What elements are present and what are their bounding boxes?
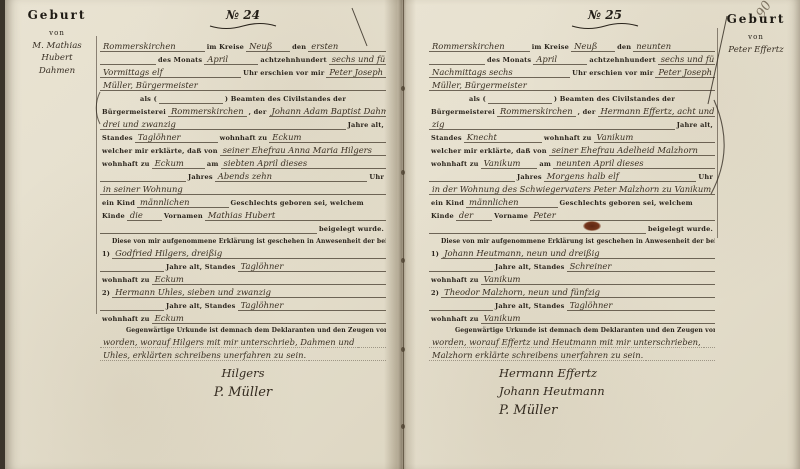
binding-stitch bbox=[401, 258, 405, 263]
register-book-spread: Geburt von M. Mathias HubertDahmen Gebur… bbox=[0, 0, 800, 469]
printed-form-text: Uhr bbox=[367, 173, 386, 182]
form-line: in der Wohnung des Schwiegervaters Peter… bbox=[429, 183, 715, 195]
handwritten-entry: Taglöhner bbox=[567, 300, 616, 311]
blank-rule bbox=[100, 223, 317, 234]
record-number-left-text: № 24 bbox=[226, 8, 260, 22]
handwritten-entry: Knecht bbox=[464, 132, 500, 143]
handwritten-entry: sechs und fünfzig bbox=[329, 54, 386, 65]
handwritten-entry: Taglöhner bbox=[238, 300, 287, 311]
blank-rule bbox=[523, 313, 715, 324]
printed-form-text: des Monats bbox=[156, 56, 204, 65]
printed-form-text: wohnhaft zu bbox=[429, 315, 481, 324]
form-line: BürgermeistereiRommerskirchen, derHerman… bbox=[429, 105, 715, 117]
handwritten-entry: neunten bbox=[633, 41, 674, 52]
printed-form-text: den bbox=[290, 43, 308, 52]
binding-stitch bbox=[401, 347, 405, 352]
signature-block: Hermann EffertzJohann HeutmannP. Müller bbox=[429, 365, 715, 421]
von-label-right: von bbox=[718, 33, 794, 41]
handwritten-entry: Vanikum bbox=[481, 274, 524, 285]
blank-rule bbox=[476, 210, 492, 221]
blank-rule bbox=[179, 41, 205, 52]
handwritten-entry: der bbox=[456, 210, 476, 221]
printed-form-text: 1) bbox=[100, 250, 112, 259]
printed-form-text: achtzehnhundert bbox=[258, 56, 328, 65]
handwritten-entry: seiner Ehefrau Adelheid Malzhorn bbox=[549, 145, 701, 156]
printed-form-text: ) Beamten des Civilstandes der bbox=[223, 95, 348, 104]
blank-rule bbox=[522, 197, 558, 208]
binding-stitch bbox=[401, 424, 405, 429]
handwritten-entry: seiner Ehefrau Anna Maria Hilgers bbox=[220, 145, 375, 156]
printed-form-text: Uhr erschien vor mir bbox=[241, 69, 326, 78]
form-line: KindedieVornamenMathias Hubert bbox=[100, 209, 386, 221]
blank-rule bbox=[704, 337, 715, 348]
handwritten-entry: Schreiner bbox=[567, 261, 615, 272]
form-line: StandesTaglöhnerwohnhaft zuEckum bbox=[100, 131, 386, 143]
blank-rule bbox=[166, 67, 241, 78]
handwritten-entry: Rommerskirchen bbox=[168, 106, 247, 117]
blank-rule bbox=[500, 132, 542, 143]
handwritten-entry: Vanikum bbox=[594, 132, 637, 143]
printed-form-text: Vorname bbox=[492, 212, 530, 221]
handwritten-entry: die bbox=[127, 210, 146, 221]
form-line: Diese von mir aufgenommene Erklärung ist… bbox=[100, 235, 386, 246]
printed-form-text: beigelegt wurde. bbox=[646, 225, 715, 234]
printed-form-text: Jahre alt, Standes bbox=[164, 263, 238, 272]
handwritten-entry: in der Wohnung des Schwiegervaters Peter… bbox=[429, 184, 714, 195]
form-line: 1)Godfried Hilgers, dreißig bbox=[100, 246, 386, 258]
form-line: 2)Theodor Malzhorn, neun und fünfzig bbox=[429, 285, 715, 297]
binding-stitch bbox=[401, 170, 405, 175]
form-line: 1)Johann Heutmann, neun und dreißig bbox=[429, 246, 715, 258]
blank-rule bbox=[358, 337, 386, 348]
blank-rule bbox=[100, 171, 186, 182]
blank-rule bbox=[309, 350, 386, 361]
signature-block: HilgersP. Müller bbox=[100, 365, 386, 403]
printed-form-text: Jahre alt, bbox=[346, 121, 386, 130]
blank-rule bbox=[244, 54, 258, 65]
handwritten-entry: Eckum bbox=[152, 274, 187, 285]
margin-name-line: Dahmen bbox=[18, 65, 96, 77]
form-line: des MonatsAprilachtzehnhundertsechs und … bbox=[429, 53, 715, 65]
handwritten-entry: Eckum bbox=[269, 132, 304, 143]
form-line: wohnhaft zuVanikum bbox=[429, 272, 715, 284]
printed-form-text: , der bbox=[247, 108, 269, 117]
printed-form-text: Geschlechts geboren sei, welchem bbox=[558, 199, 695, 208]
printed-form-text: im Kreise bbox=[530, 43, 571, 52]
margin-name-line: M. Mathias Hubert bbox=[18, 40, 96, 65]
handwritten-entry: zig bbox=[429, 119, 447, 130]
handwritten-entry: Uhles, erklärten schreibens unerfahren z… bbox=[100, 350, 309, 361]
form-line: beigelegt wurde. bbox=[100, 222, 386, 234]
handwritten-entry: Johann Heutmann, neun und dreißig bbox=[441, 248, 603, 259]
form-left: Rommerskirchenim KreiseNeußdenerstendes … bbox=[100, 40, 386, 403]
form-line: Nachmittags sechsUhr erschien vor mirPet… bbox=[429, 66, 715, 78]
blank-rule bbox=[310, 158, 386, 169]
handwritten-entry: sechs und fünfzig bbox=[658, 54, 715, 65]
handwritten-entry: Theodor Malzhorn, neun und fünfzig bbox=[441, 287, 603, 298]
blank-rule bbox=[636, 132, 715, 143]
margin-left: Geburt von M. Mathias HubertDahmen bbox=[18, 8, 96, 77]
blank-rule bbox=[286, 261, 386, 272]
blank-rule bbox=[429, 300, 493, 311]
blank-rule bbox=[286, 300, 386, 311]
blank-rule bbox=[429, 261, 493, 272]
printed-form-text: Kinde bbox=[100, 212, 127, 221]
printed-form-text: wohnhaft zu bbox=[429, 160, 481, 169]
blank-rule bbox=[488, 93, 552, 104]
printed-form-text: als ( bbox=[467, 95, 488, 104]
form-line: welcher mir erklärte, daß vonseiner Ehef… bbox=[100, 144, 386, 156]
blank-rule bbox=[193, 197, 229, 208]
printed-form-text: wohnhaft zu bbox=[100, 160, 152, 169]
blank-rule bbox=[100, 54, 156, 65]
flourish-underline bbox=[570, 22, 640, 30]
printed-form-text: Gegenwärtige Urkunde ist demnach dem Dek… bbox=[453, 327, 715, 335]
handwritten-entry: Mathias Hubert bbox=[205, 210, 278, 221]
handwritten-entry: Vanikum bbox=[481, 313, 524, 324]
binding-stitch bbox=[401, 86, 405, 91]
handwritten-entry: Müller, Bürgermeister bbox=[429, 80, 530, 91]
blank-rule bbox=[184, 132, 218, 143]
printed-form-text: Jahres bbox=[515, 173, 544, 182]
handwritten-entry: männlichen bbox=[137, 197, 193, 208]
handwritten-entry: Abends zehn bbox=[215, 171, 275, 182]
margin-rule-left bbox=[96, 36, 97, 314]
printed-form-text: wohnhaft zu bbox=[542, 134, 594, 143]
handwritten-entry: Neuß bbox=[246, 41, 290, 52]
margin-name-right: Peter Effertz bbox=[718, 44, 794, 56]
handwritten-entry: April bbox=[533, 54, 573, 65]
handwritten-entry: männlichen bbox=[466, 197, 522, 208]
printed-form-text: Geschlechts geboren sei, welchem bbox=[229, 199, 366, 208]
printed-form-text: wohnhaft zu bbox=[100, 276, 152, 285]
form-line: wohnhaft zuVanikum bbox=[429, 311, 715, 323]
handwritten-entry: Rommerskirchen bbox=[100, 41, 179, 52]
form-line: Gegenwärtige Urkunde ist demnach dem Dek… bbox=[100, 324, 386, 335]
printed-form-text: des Monats bbox=[485, 56, 533, 65]
signature: P. Müller bbox=[100, 383, 386, 403]
printed-form-text: wohnhaft zu bbox=[429, 276, 481, 285]
form-line: worden, worauf Hilgers mit mir unterschr… bbox=[100, 336, 386, 348]
blank-rule bbox=[225, 248, 386, 259]
blank-rule bbox=[429, 223, 646, 234]
blank-rule bbox=[603, 287, 715, 298]
signature: P. Müller bbox=[499, 401, 715, 421]
form-line: Rommerskirchenim KreiseNeußdenneunten bbox=[429, 40, 715, 52]
margin-rule-right bbox=[717, 28, 718, 238]
signature: Hilgers bbox=[100, 365, 386, 383]
margin-name-line: Peter Effertz bbox=[718, 44, 794, 56]
handwritten-entry: Vormittags elf bbox=[100, 67, 166, 78]
blank-rule bbox=[559, 210, 715, 221]
form-line: Müller, Bürgermeister bbox=[100, 79, 386, 91]
form-line: KindederVornamePeter bbox=[429, 209, 715, 221]
printed-form-text: Vornamen bbox=[162, 212, 205, 221]
form-line: Diese von mir aufgenommene Erklärung ist… bbox=[429, 235, 715, 246]
handwritten-entry: siebten April dieses bbox=[221, 158, 311, 169]
printed-form-text: Diese von mir aufgenommene Erklärung ist… bbox=[110, 238, 386, 246]
printed-form-text: Jahre alt, Standes bbox=[164, 302, 238, 311]
blank-rule bbox=[375, 145, 386, 156]
form-line: zigJahre alt, bbox=[429, 118, 715, 130]
form-right: Rommerskirchenim KreiseNeußdenneuntendes… bbox=[429, 40, 715, 421]
form-line: Jahre alt, StandesTaglöhner bbox=[429, 298, 715, 310]
form-line: BürgermeistereiRommerskirchen, derJohann… bbox=[100, 105, 386, 117]
form-line: 2)Hermann Uhles, sieben und zwanzig bbox=[100, 285, 386, 297]
record-number-right-text: № 25 bbox=[588, 8, 622, 22]
printed-form-text: ein Kind bbox=[429, 199, 466, 208]
printed-form-text: Jahre alt, bbox=[675, 121, 715, 130]
form-line: als () Beamten des Civilstandes der bbox=[100, 92, 386, 104]
blank-rule bbox=[523, 274, 715, 285]
form-line: wohnhaft zuVanikumamneunten April dieses bbox=[429, 157, 715, 169]
form-line: Malzhorn erklärte schreibens unerfahren … bbox=[429, 349, 715, 361]
printed-form-text: Gegenwärtige Urkunde ist demnach dem Dek… bbox=[124, 327, 386, 335]
geburt-heading-left: Geburt bbox=[18, 8, 96, 22]
form-line: Vormittags elfUhr erschien vor mirPeter … bbox=[100, 66, 386, 78]
signature: Hermann Effertz bbox=[499, 365, 715, 383]
form-line: wohnhaft zuEckum bbox=[100, 311, 386, 323]
margin-right: Geburt von Peter Effertz bbox=[718, 12, 794, 56]
blank-rule bbox=[274, 287, 386, 298]
form-line: drei und zwanzigJahre alt, bbox=[100, 118, 386, 130]
form-line: des MonatsAprilachtzehnhundertsechs und … bbox=[100, 53, 386, 65]
handwritten-entry: Neuß bbox=[571, 41, 615, 52]
printed-form-text: am bbox=[537, 160, 553, 169]
blank-rule bbox=[622, 171, 696, 182]
handwritten-entry: ersten bbox=[308, 41, 341, 52]
handwritten-entry: in seiner Wohnung bbox=[100, 184, 186, 195]
printed-form-text: 2) bbox=[100, 289, 112, 298]
printed-form-text: beigelegt wurde. bbox=[317, 225, 386, 234]
printed-form-text: Standes bbox=[100, 134, 135, 143]
printed-form-text: 1) bbox=[429, 250, 441, 259]
handwritten-entry: Godfried Hilgers, dreißig bbox=[112, 248, 225, 259]
blank-rule bbox=[186, 184, 386, 195]
blank-rule bbox=[516, 67, 570, 78]
blank-rule bbox=[341, 41, 386, 52]
blank-rule bbox=[447, 119, 674, 130]
form-line: Rommerskirchenim KreiseNeußdenersten bbox=[100, 40, 386, 52]
blank-rule bbox=[646, 350, 715, 361]
printed-form-text: Jahre alt, Standes bbox=[493, 302, 567, 311]
handwritten-entry: Malzhorn erklärte schreibens unerfahren … bbox=[429, 350, 646, 361]
handwritten-entry: Johann Adam Baptist Dahmen bbox=[269, 106, 387, 117]
handwritten-entry: Rommerskirchen bbox=[497, 106, 576, 117]
book-fold bbox=[384, 0, 416, 469]
printed-form-text: wohnhaft zu bbox=[100, 315, 152, 324]
blank-rule bbox=[179, 119, 346, 130]
handwritten-entry: worden, worauf Effertz und Heutmann mit … bbox=[429, 337, 704, 348]
blank-rule bbox=[429, 171, 515, 182]
blank-rule bbox=[614, 261, 715, 272]
printed-form-text: ein Kind bbox=[100, 199, 137, 208]
blank-rule bbox=[278, 210, 386, 221]
margin-name-left: M. Mathias HubertDahmen bbox=[18, 40, 96, 77]
form-line: ein KindmännlichenGeschlechts geboren se… bbox=[429, 196, 715, 208]
printed-form-text: welcher mir erklärte, daß von bbox=[100, 147, 220, 156]
form-line: Jahre alt, StandesSchreiner bbox=[429, 259, 715, 271]
handwritten-entry: Peter bbox=[530, 210, 559, 221]
handwritten-entry: Müller, Bürgermeister bbox=[100, 80, 201, 91]
handwritten-entry: neunten April dieses bbox=[553, 158, 647, 169]
blank-rule bbox=[187, 158, 205, 169]
printed-form-text: , der bbox=[576, 108, 598, 117]
handwritten-entry: Hermann Uhles, sieben und zwanzig bbox=[112, 287, 274, 298]
handwritten-entry: worden, worauf Hilgers mit mir unterschr… bbox=[100, 337, 358, 348]
record-number-left: № 24 bbox=[198, 8, 288, 30]
form-line: worden, worauf Effertz und Heutmann mit … bbox=[429, 336, 715, 348]
printed-form-text: welcher mir erklärte, daß von bbox=[429, 147, 549, 156]
form-line: StandesKnechtwohnhaft zuVanikum bbox=[429, 131, 715, 143]
ink-blot bbox=[583, 221, 601, 231]
blank-rule bbox=[674, 41, 715, 52]
form-line: ein KindmännlichenGeschlechts geboren se… bbox=[100, 196, 386, 208]
form-line: Müller, Bürgermeister bbox=[429, 79, 715, 91]
handwritten-entry: Hermann Effertz, acht und zwan- bbox=[598, 106, 716, 117]
printed-form-text: wohnhaft zu bbox=[218, 134, 270, 143]
blank-rule bbox=[508, 41, 530, 52]
printed-form-text: 2) bbox=[429, 289, 441, 298]
blank-rule bbox=[714, 184, 715, 195]
handwritten-entry: Rommerskirchen bbox=[429, 41, 508, 52]
handwritten-entry: Taglöhner bbox=[135, 132, 184, 143]
blank-rule bbox=[100, 261, 164, 272]
blank-rule bbox=[615, 300, 715, 311]
printed-form-text: achtzehnhundert bbox=[587, 56, 657, 65]
form-line: in seiner Wohnung bbox=[100, 183, 386, 195]
blank-rule bbox=[275, 171, 367, 182]
printed-form-text: Jahres bbox=[186, 173, 215, 182]
handwritten-entry: April bbox=[204, 54, 244, 65]
blank-rule bbox=[530, 80, 715, 91]
blank-rule bbox=[201, 80, 386, 91]
blank-rule bbox=[100, 300, 164, 311]
form-line: Jahre alt, StandesTaglöhner bbox=[100, 259, 386, 271]
blank-rule bbox=[304, 132, 386, 143]
blank-rule bbox=[701, 145, 715, 156]
flourish-underline bbox=[208, 22, 278, 30]
printed-form-text: Uhr erschien vor mir bbox=[570, 69, 655, 78]
form-line: beigelegt wurde. bbox=[429, 222, 715, 234]
printed-form-text: Jahre alt, Standes bbox=[493, 263, 567, 272]
printed-form-text: den bbox=[615, 43, 633, 52]
handwritten-entry: Vanikum bbox=[481, 158, 524, 169]
blank-rule bbox=[187, 274, 386, 285]
blank-rule bbox=[647, 158, 715, 169]
handwritten-entry: Peter Joseph bbox=[655, 67, 715, 78]
fold-crease bbox=[403, 0, 404, 469]
form-line: Jahre alt, StandesTaglöhner bbox=[100, 298, 386, 310]
von-label-left: von bbox=[18, 29, 96, 37]
form-line: als () Beamten des Civilstandes der bbox=[429, 92, 715, 104]
blank-rule bbox=[146, 210, 162, 221]
printed-form-text: Standes bbox=[429, 134, 464, 143]
printed-form-text: als ( bbox=[138, 95, 159, 104]
signature: Johann Heutmann bbox=[499, 383, 715, 401]
form-line: wohnhaft zuEckumamsiebten April dieses bbox=[100, 157, 386, 169]
blank-rule bbox=[187, 313, 386, 324]
form-line: welcher mir erklärte, daß vonseiner Ehef… bbox=[429, 144, 715, 156]
form-line: JahresAbends zehnUhr bbox=[100, 170, 386, 182]
handwritten-entry: Taglöhner bbox=[238, 261, 287, 272]
blank-rule bbox=[429, 54, 485, 65]
record-number-right: № 25 bbox=[560, 8, 650, 30]
printed-form-text: im Kreise bbox=[205, 43, 246, 52]
printed-form-text: am bbox=[205, 160, 221, 169]
blank-rule bbox=[159, 93, 223, 104]
handwritten-entry: Peter Joseph bbox=[326, 67, 386, 78]
blank-rule bbox=[573, 54, 587, 65]
form-line: Uhles, erklärten schreibens unerfahren z… bbox=[100, 349, 386, 361]
printed-form-text: Kinde bbox=[429, 212, 456, 221]
handwritten-entry: Morgens halb elf bbox=[544, 171, 622, 182]
handwritten-entry: Eckum bbox=[152, 313, 187, 324]
form-line: wohnhaft zuEckum bbox=[100, 272, 386, 284]
printed-form-text: Bürgermeisterei bbox=[429, 108, 497, 117]
printed-form-text: Uhr bbox=[696, 173, 715, 182]
handwritten-entry: Eckum bbox=[152, 158, 187, 169]
blank-rule bbox=[603, 248, 715, 259]
handwritten-entry: drei und zwanzig bbox=[100, 119, 179, 130]
blank-rule bbox=[523, 158, 537, 169]
form-line: Gegenwärtige Urkunde ist demnach dem Dek… bbox=[429, 324, 715, 335]
printed-form-text: Diese von mir aufgenommene Erklärung ist… bbox=[439, 238, 715, 246]
form-line: JahresMorgens halb elfUhr bbox=[429, 170, 715, 182]
printed-form-text: Bürgermeisterei bbox=[100, 108, 168, 117]
printed-form-text: ) Beamten des Civilstandes der bbox=[552, 95, 677, 104]
handwritten-entry: Nachmittags sechs bbox=[429, 67, 516, 78]
